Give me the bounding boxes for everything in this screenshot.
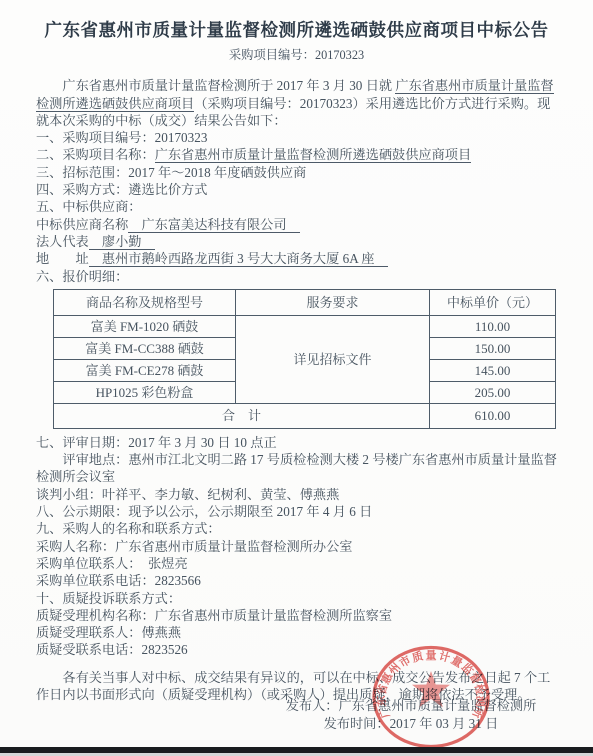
line-text: 六、报价明细： — [36, 269, 128, 284]
line-text: 十、质疑投诉联系方式： — [36, 591, 181, 606]
line-text: 五、中标供应商： — [36, 199, 142, 214]
doc-line: 五、中标供应商： — [36, 198, 557, 215]
product-name-cell: HP1025 彩色粉盒 — [54, 381, 236, 403]
publisher-label: 发布人： — [286, 698, 339, 713]
doc-line: 中标供应商名称 广东富美达科技有限公司 — [36, 216, 557, 233]
underlined-value: 广东富美达科技有限公司 — [128, 217, 299, 233]
underlined-value: 廖小勤 — [89, 234, 155, 250]
line-text: 采购单位联系人： 张煜亮 — [36, 556, 188, 571]
seal-arc-char: 东 — [374, 695, 389, 707]
page-title: 广东省惠州市质量计量监督检测所遴选硒鼓供应商项目中标公告 — [36, 18, 557, 42]
table-header-row: 商品名称及规格型号服务要求中标单价（元） — [54, 289, 556, 315]
unit-price-cell: 205.00 — [430, 381, 556, 403]
unit-price-cell: 145.00 — [430, 359, 556, 381]
doc-line: 法人代表 廖小勤 — [36, 233, 557, 250]
line-text: 四、采购方式：遴选比价方式 — [36, 182, 207, 197]
doc-line: 谈判小组：叶祥平、李力敏、纪树利、黄莹、傅燕燕 — [36, 486, 557, 503]
line-text: 评审地点：惠州市江北文明二路 17 号质检检测大楼 2 号楼广东省惠州市质量计量… — [36, 452, 557, 484]
doc-line: 采购单位联系人： 张煜亮 — [36, 555, 557, 572]
doc-line: 三、招标范围：2017 年～2018 年度硒鼓供应商 — [36, 164, 557, 181]
product-name-cell: 富美 FM-CC388 硒鼓 — [54, 337, 236, 359]
table-header-cell: 服务要求 — [236, 289, 430, 315]
line-text: 谈判小组：叶祥平、李力敏、纪树利、黄莹、傅燕燕 — [36, 487, 339, 502]
line-text: 七、评审日期：2017 年 3 月 30 日 10 点正 — [36, 435, 277, 450]
doc-line: 采购单位联系电话：2823566 — [36, 572, 557, 589]
underlined-value: 惠州市鹅岭西路龙西街 3 号大大商务大厦 6A 座 — [89, 251, 388, 267]
seal-star-icon — [412, 671, 450, 707]
quotation-table: 商品名称及规格型号服务要求中标单价（元）富美 FM-1020 硒鼓详见招标文件1… — [53, 289, 556, 429]
doc-line: 质疑受理机构名称：广东省惠州市质量计量监督检测所监察室 — [36, 607, 557, 624]
service-note-cell: 详见招标文件 — [236, 315, 430, 403]
product-name-cell: 富美 FM-1020 硒鼓 — [54, 315, 236, 337]
line-text: 九、采购人的名称和联系方式： — [36, 521, 221, 536]
body-lines-bottom: 七、评审日期：2017 年 3 月 30 日 10 点正评审地点：惠州市江北文明… — [36, 434, 557, 659]
line-text: 八、公示期限：现予以公示，公示期限至 2017 年 4 月 6 日 — [36, 504, 372, 519]
project-number-subtitle: 采购项目编号：20170323 — [36, 47, 557, 64]
doc-line: 四、采购方式：遴选比价方式 — [36, 181, 557, 198]
table-total-row: 合 计610.00 — [54, 403, 556, 428]
line-text: 一、采购项目编号：20170323 — [36, 130, 207, 145]
seal-arc-char: 量 — [426, 648, 437, 662]
line-text: 质疑受理机构名称：广东省惠州市质量计量监督检测所监察室 — [36, 608, 392, 623]
line-text: 质疑受联系电话：2823526 — [36, 642, 188, 657]
doc-line: 评审地点：惠州市江北文明二路 17 号质检检测大楼 2 号楼广东省惠州市质量计量… — [36, 451, 557, 486]
table-header-cell: 中标单价（元） — [430, 289, 556, 315]
doc-line: 质疑受理联系人：傅燕燕 — [36, 624, 557, 641]
doc-line: 采购人名称：广东省惠州市质量计量监督检测所办公室 — [36, 538, 557, 555]
official-seal: 广东省惠州市质量计量监督检测所 — [367, 643, 495, 755]
table-row: 富美 FM-1020 硒鼓详见招标文件110.00 — [54, 315, 556, 337]
line-text: 采购单位联系电话：2823566 — [36, 573, 201, 588]
body-lines-top: 一、采购项目编号：20170323二、采购项目名称：广东省惠州市质量计量监督检测… — [36, 129, 557, 285]
intro-paragraph: 广东省惠州市质量计量监督检测所于 2017 年 3 月 30 日就 广东省惠州市… — [36, 77, 557, 129]
doc-line: 七、评审日期：2017 年 3 月 30 日 10 点正 — [36, 434, 557, 451]
doc-line: 十、质疑投诉联系方式： — [36, 590, 557, 607]
line-text: 二、采购项目名称： — [36, 147, 155, 162]
unit-price-cell: 110.00 — [430, 315, 556, 337]
line-text: 广东省惠州市质量计量监督检测所于 2017 年 3 月 30 日就 — [62, 78, 395, 93]
line-text: 采购人名称：广东省惠州市质量计量监督检测所办公室 — [36, 539, 353, 554]
line-text: 中标供应商名称 — [36, 217, 128, 232]
document-page: 广东省惠州市质量计量监督检测所遴选硒鼓供应商项目中标公告 采购项目编号：2017… — [0, 0, 593, 756]
underlined-value: 广东省惠州市质量计量监督检测所遴选硒鼓供应商项目 — [155, 147, 472, 163]
doc-line: 六、报价明细： — [36, 268, 557, 285]
line-text: 质疑受理联系人：傅燕燕 — [36, 625, 181, 640]
unit-price-cell: 150.00 — [430, 337, 556, 359]
line-text: 法人代表 — [36, 234, 89, 249]
table-header-cell: 商品名称及规格型号 — [54, 289, 236, 315]
product-name-cell: 富美 FM-CE278 硒鼓 — [54, 359, 236, 381]
doc-line: 九、采购人的名称和联系方式： — [36, 520, 557, 537]
line-text: 三、招标范围：2017 年～2018 年度硒鼓供应商 — [36, 165, 306, 180]
doc-line: 二、采购项目名称：广东省惠州市质量计量监督检测所遴选硒鼓供应商项目 — [36, 146, 557, 163]
doc-line: 地 址 惠州市鹅岭西路龙西街 3 号大大商务大厦 6A 座 — [36, 250, 557, 267]
doc-line: 八、公示期限：现予以公示，公示期限至 2017 年 4 月 6 日 — [36, 503, 557, 520]
line-text: 地 址 — [36, 251, 89, 266]
doc-line: 一、采购项目编号：20170323 — [36, 129, 557, 146]
total-label-cell: 合 计 — [54, 403, 430, 428]
total-value-cell: 610.00 — [430, 403, 556, 428]
